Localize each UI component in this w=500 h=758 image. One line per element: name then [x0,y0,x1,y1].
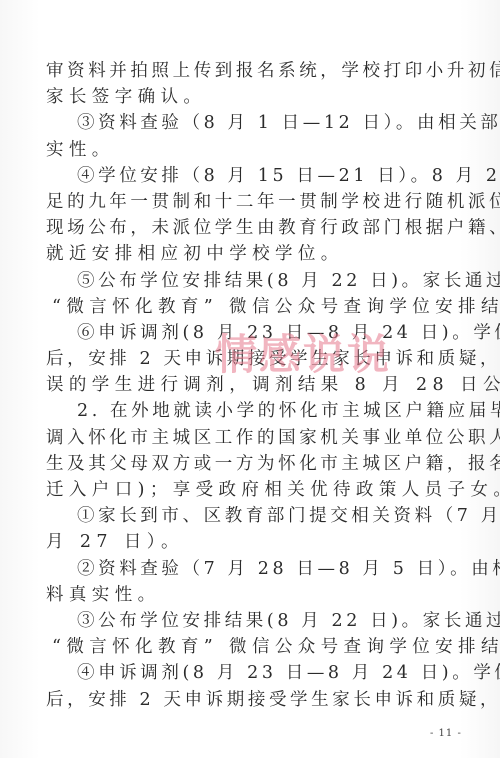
text-line: ⑤公布学位安排结果(8 月 22 日)。家长通过“鹤城教育”、 [46,268,462,294]
text-line: 迁入户口)；享受政府相关优待政策人员子女。 [46,477,462,503]
text-line: ①家长到市、区教育部门提交相关资料（7 月 25 日—7 [46,503,462,529]
text-line: 实性。 [46,137,462,163]
document-body: 审资料并拍照上传到报名系统，学校打印小升初信息采集表， 家长签字确认。 ③资料查… [46,58,462,713]
text-line: ③资料查验（8 月 1 日—12 日）。由相关部门查验材料真 [46,110,462,136]
text-line: 现场公布，未派位学生由教育行政部门根据户籍、房产等信息 [46,215,462,241]
text-line: 足的九年一贯制和十二年一贯制学校进行随机派位，派位结果 [46,189,462,215]
text-line: 后，安排 2 天申诉期接受学生家长申诉和质疑，对学位安排有 [46,687,462,713]
text-line: 月 27 日）。 [46,529,462,555]
text-line: ③公布学位安排结果(8 月 22 日)。家长通过“鹤城教育”、 [46,608,462,634]
text-line: 2. 在外地就读小学的怀化市主城区户籍应届毕业生以及 [46,398,462,424]
text-line: 就近安排相应初中学校学位。 [46,241,462,267]
text-line: “微言怀化教育” 微信公众号查询学位安排结果。 [46,294,462,320]
text-line: 误的学生进行调剂，调剂结果 8 月 28 日公布。 [46,372,462,398]
text-line: 后，安排 2 天申诉期接受学生家长申诉和质疑，对学位安排有 [46,346,462,372]
text-line: ②资料查验（7 月 28 日—8 月 5 日）。由相关部门查验材 [46,556,462,582]
text-line: 生及其父母双方或一方为怀化市主城区户籍，报名时间截止前 [46,451,462,477]
text-line: ④申诉调剂(8 月 23 日—8 月 24 日)。学位安排结果公布 [46,660,462,686]
text-line: 家长签字确认。 [46,84,462,110]
text-line: 调入怀化市主城区工作的国家机关事业单位公职人员子女(学 [46,425,462,451]
document-page: 审资料并拍照上传到报名系统，学校打印小升初信息采集表， 家长签字确认。 ③资料查… [0,0,500,758]
text-line: 审资料并拍照上传到报名系统，学校打印小升初信息采集表， [46,58,462,84]
text-line: “微言怀化教育” 微信公众号查询学位安排结果。 [46,634,462,660]
page-number: - 11 - [430,728,462,739]
text-line: ⑥申诉调剂(8 月 23 日—8 月 24 日)。学位安排结果公布 [46,320,462,346]
text-line: 料真实性。 [46,582,462,608]
text-line: ④学位安排（8 月 15 日—21 日）。8 月 21 日先对学位不 [46,163,462,189]
